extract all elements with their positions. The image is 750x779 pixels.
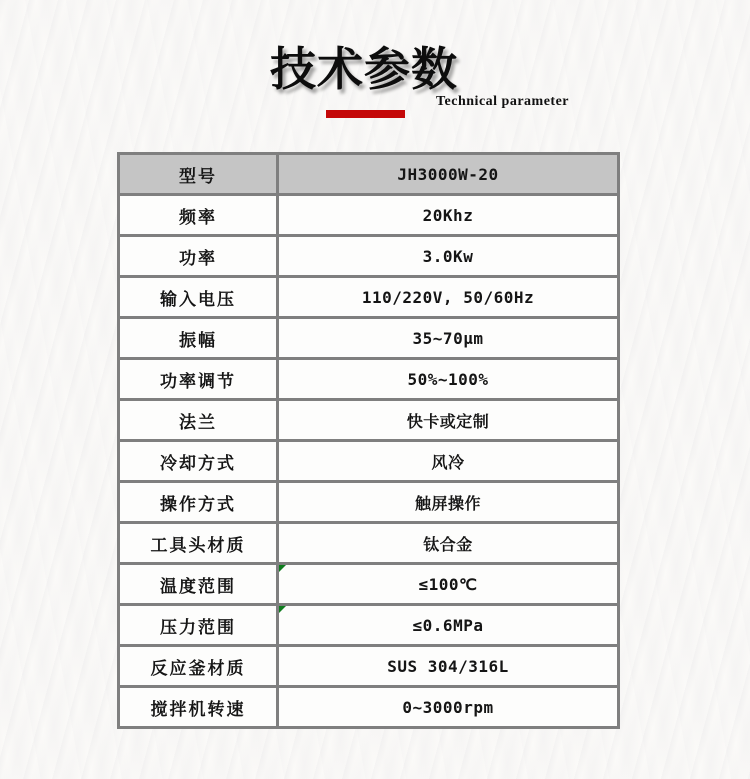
- spec-value-text: 110/220V, 50/60Hz: [362, 288, 534, 307]
- table-row: 温度范围 ≤100℃: [120, 565, 617, 606]
- spec-value-text: 触屏操作: [415, 491, 481, 514]
- table-row: 型号 JH3000W-20: [120, 155, 617, 196]
- spec-label: 型号: [120, 155, 279, 193]
- spec-value-text: JH3000W-20: [397, 165, 498, 184]
- spec-value: SUS 304/316L: [279, 647, 617, 685]
- spec-label: 功率调节: [120, 360, 279, 398]
- table-row: 操作方式 触屏操作: [120, 483, 617, 524]
- spec-value: ≤0.6MPa: [279, 606, 617, 644]
- table-row: 功率 3.0Kw: [120, 237, 617, 278]
- spec-value: 触屏操作: [279, 483, 617, 521]
- spec-value: JH3000W-20: [279, 155, 617, 193]
- spec-value-text: 风冷: [431, 450, 464, 473]
- spec-label: 振幅: [120, 319, 279, 357]
- table-row: 法兰 快卡或定制: [120, 401, 617, 442]
- spec-label: 输入电压: [120, 278, 279, 316]
- spec-value: 3.0Kw: [279, 237, 617, 275]
- spec-value: 35~70μm: [279, 319, 617, 357]
- table-row: 工具头材质 钛合金: [120, 524, 617, 565]
- spec-label: 压力范围: [120, 606, 279, 644]
- spec-value: 20Khz: [279, 196, 617, 234]
- spec-value-text: 20Khz: [423, 206, 474, 225]
- table-row: 反应釜材质 SUS 304/316L: [120, 647, 617, 688]
- spec-label: 频率: [120, 196, 279, 234]
- spec-table: 型号 JH3000W-20 频率 20Khz 功率 3.0Kw 输入电压 110…: [117, 152, 620, 729]
- spec-label: 反应釜材质: [120, 647, 279, 685]
- spec-value: 风冷: [279, 442, 617, 480]
- table-row: 振幅 35~70μm: [120, 319, 617, 360]
- table-row: 搅拌机转速 0~3000rpm: [120, 688, 617, 726]
- cell-corner-marker-icon: [279, 606, 286, 613]
- spec-label: 法兰: [120, 401, 279, 439]
- spec-label: 操作方式: [120, 483, 279, 521]
- page-subtitle: Technical parameter: [436, 94, 569, 110]
- spec-value-text: 0~3000rpm: [402, 698, 493, 717]
- spec-label: 冷却方式: [120, 442, 279, 480]
- spec-value-text: 3.0Kw: [423, 247, 474, 266]
- spec-value: 50%~100%: [279, 360, 617, 398]
- spec-value-text: ≤100℃: [419, 575, 478, 594]
- spec-value-text: 35~70μm: [413, 329, 484, 348]
- spec-value-text: ≤0.6MPa: [413, 616, 484, 635]
- spec-value: ≤100℃: [279, 565, 617, 603]
- spec-label: 温度范围: [120, 565, 279, 603]
- spec-label: 搅拌机转速: [120, 688, 279, 726]
- spec-value-text: 50%~100%: [407, 370, 488, 389]
- spec-value: 快卡或定制: [279, 401, 617, 439]
- page-title: 技术参数: [270, 44, 458, 95]
- spec-value-text: SUS 304/316L: [387, 657, 509, 676]
- spec-value: 0~3000rpm: [279, 688, 617, 726]
- table-row: 冷却方式 风冷: [120, 442, 617, 483]
- title-underline: [326, 110, 405, 118]
- spec-label: 工具头材质: [120, 524, 279, 562]
- table-row: 压力范围 ≤0.6MPa: [120, 606, 617, 647]
- table-row: 功率调节 50%~100%: [120, 360, 617, 401]
- cell-corner-marker-icon: [279, 565, 286, 572]
- table-row: 频率 20Khz: [120, 196, 617, 237]
- spec-value-text: 快卡或定制: [407, 409, 490, 432]
- table-row: 输入电压 110/220V, 50/60Hz: [120, 278, 617, 319]
- spec-label: 功率: [120, 237, 279, 275]
- spec-value: 110/220V, 50/60Hz: [279, 278, 617, 316]
- spec-value: 钛合金: [279, 524, 617, 562]
- spec-value-text: 钛合金: [423, 532, 473, 555]
